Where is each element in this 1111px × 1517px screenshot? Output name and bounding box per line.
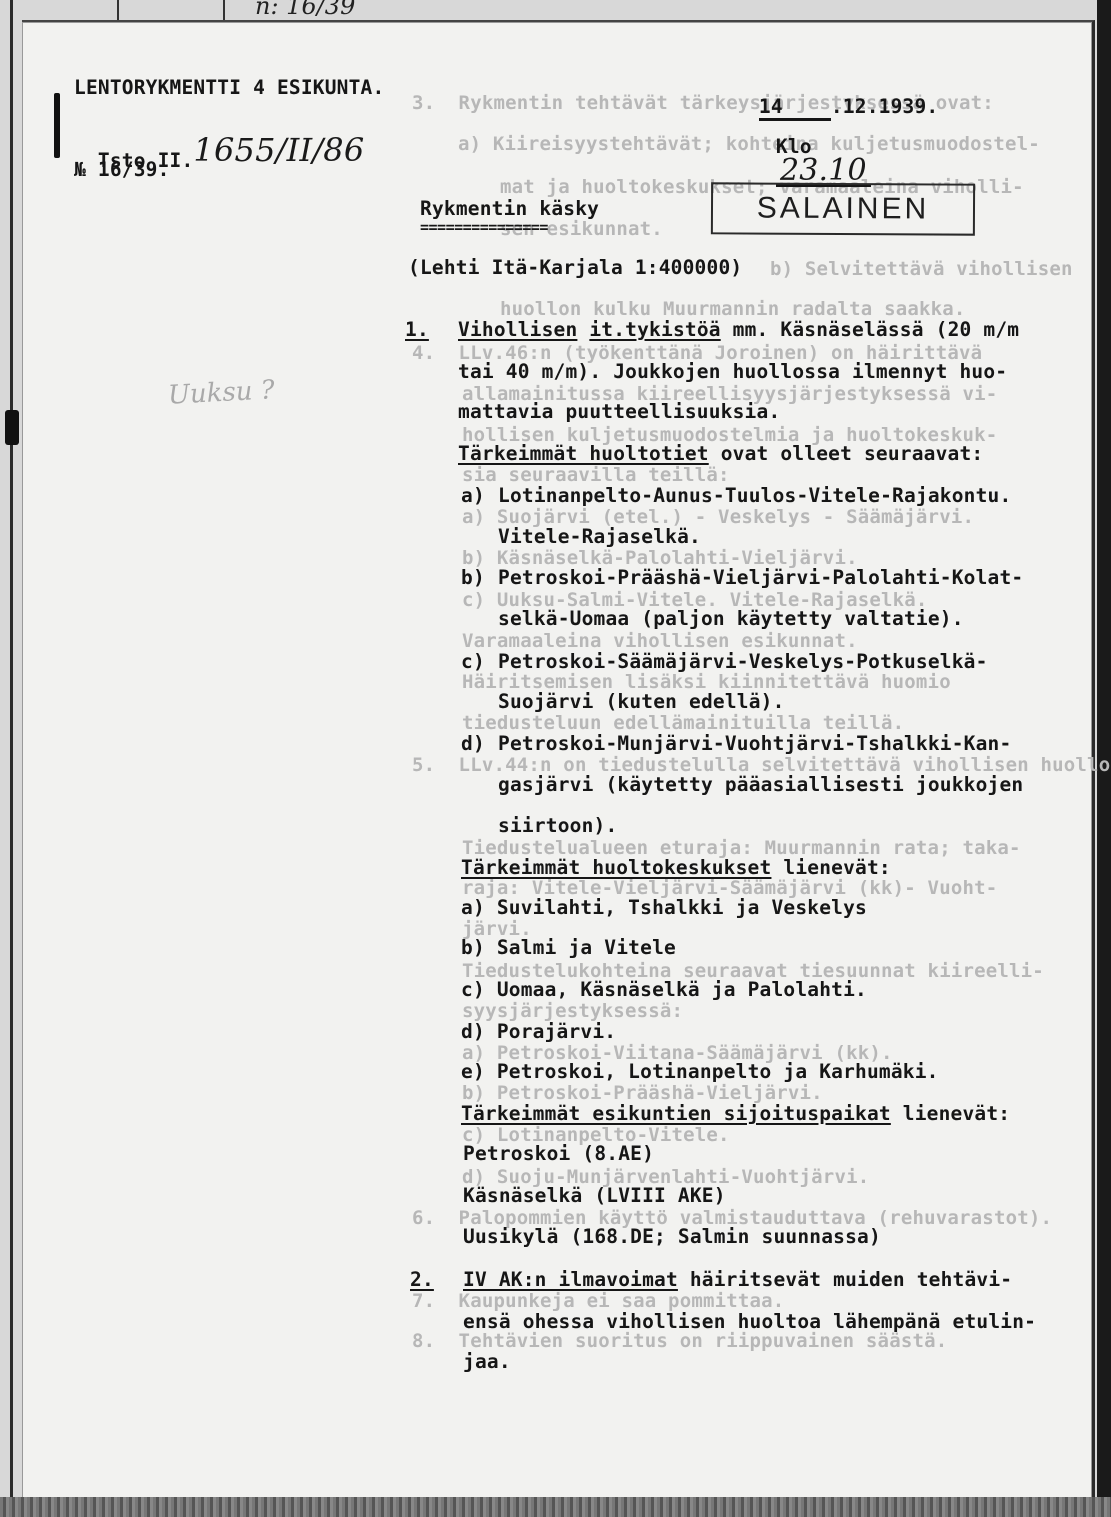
route-label: b) [461,566,485,589]
section-1-line: tai 40 m/m). Joukkojen huollossa ilmenny… [458,360,1007,383]
route-line: siirtoon). [498,814,617,837]
route-line: Lotinanpelto-Aunus-Tuulos-Vitele-Rajakon… [498,484,1011,507]
section-1-line: mattavia puutteellisuuksia. [458,400,780,423]
route-line: Petroskoi-Säämäjärvi-Veskelys-Potkuselkä… [498,650,988,673]
bleed-line: syysjärjestyksessä: [462,1000,683,1022]
headquarters-item: Uusikylä (168.DE; Salmin suunnassa) [463,1225,881,1248]
order-number: № 16/39. [74,158,170,181]
route-label: a) [461,484,485,507]
bleed-line: Varamaaleina vihollisen esikunnat. [462,630,858,652]
back-sheet-note: n: 16/39 [255,0,355,20]
headquarters-item: Käsnäselkä (LVIII AKE) [463,1184,726,1207]
bleed-line: a) Kiireisyystehtävät; kohteina kuljetus… [458,133,1040,155]
section-number: 2. [410,1268,434,1291]
section-number: 1. [405,318,429,341]
bleed-line: 8. Tehtävien suoritus on riippuvainen sä… [412,1330,947,1352]
route-line: selkä-Uomaa (paljon käytetty valtatie). [498,607,964,630]
center-item: d) Porajärvi. [461,1020,616,1043]
margin-pencil-note: Uuksu ? [167,375,275,411]
document-title: Rykmentin käsky [420,197,599,220]
headquarters-heading: Tärkeimmät esikuntien sijoituspaikat lie… [461,1102,1010,1125]
route-line: gasjärvi (käytetty pääasiallisesti joukk… [498,773,1023,796]
bottom-edge [0,1497,1111,1517]
binder-edge [10,0,13,1517]
center-item: b) Salmi ja Vitele [461,936,676,959]
bleed-line: b) Petroskoi-Prääshä-Vieljärvi. [462,1082,823,1104]
section-1-line: Vihollisen it.tykistöä mm. Käsnäselässä … [458,318,1019,341]
margin-bar-mark [54,93,60,158]
organization-header: LENTORYKMENTTI 4 ESIKUNTA. [74,76,384,99]
classification-stamp: SALAINEN [711,182,975,235]
supply-routes-heading: Tärkeimmät huoltotiet ovat olleet seuraa… [458,442,983,465]
supply-centers-heading: Tärkeimmät huoltokeskukset lienevät: [461,856,891,879]
section-2-line: ensä ohessa vihollisen huoltoa lähempänä… [463,1310,1036,1333]
route-label: d) [461,732,485,755]
bleed-line: sia seuraavilla teillä: [462,464,730,486]
time-line: Klo 23.10 [752,112,871,187]
binder-mark [5,410,19,445]
center-item: a) Suvilahti, Tshalkki ja Veskelys [461,896,867,919]
route-line: Petroskoi-Prääshä-Vieljärvi-Palolahti-Ko… [498,566,1023,589]
bleed-line: b) Selvitettävä vihollisen [770,258,1073,280]
route-line: Petroskoi-Munjärvi-Vuohtjärvi-Tshalkki-K… [498,732,1011,755]
bleed-line: huollon kulku Muurmannin radalta saakka. [500,298,966,320]
section-2-line: IV AK:n ilmavoimat häiritsevät muiden te… [463,1268,1012,1291]
bleed-line: tiedusteluun edellämainituilla teillä. [462,712,904,734]
bleed-line: 7. Kaupunkeja ei saa pommittaa. [412,1290,784,1312]
route-label: c) [461,650,485,673]
headquarters-item: Petroskoi (8.AE) [463,1142,654,1165]
center-item: c) Uomaa, Käsnäselkä ja Palolahti. [461,978,867,1001]
tsto-handwritten-number: 1655/II/86 [193,131,364,169]
map-reference: (Lehti Itä-Karjala 1:400000) [408,256,742,279]
title-rule: =============== [420,218,548,236]
route-line: Vitele-Rajaselkä. [498,525,701,548]
section-2-line: jaa. [463,1350,511,1373]
center-item: e) Petroskoi, Lotinanpelto ja Karhumäki. [461,1060,939,1083]
route-line: Suojärvi (kuten edellä). [498,690,785,713]
